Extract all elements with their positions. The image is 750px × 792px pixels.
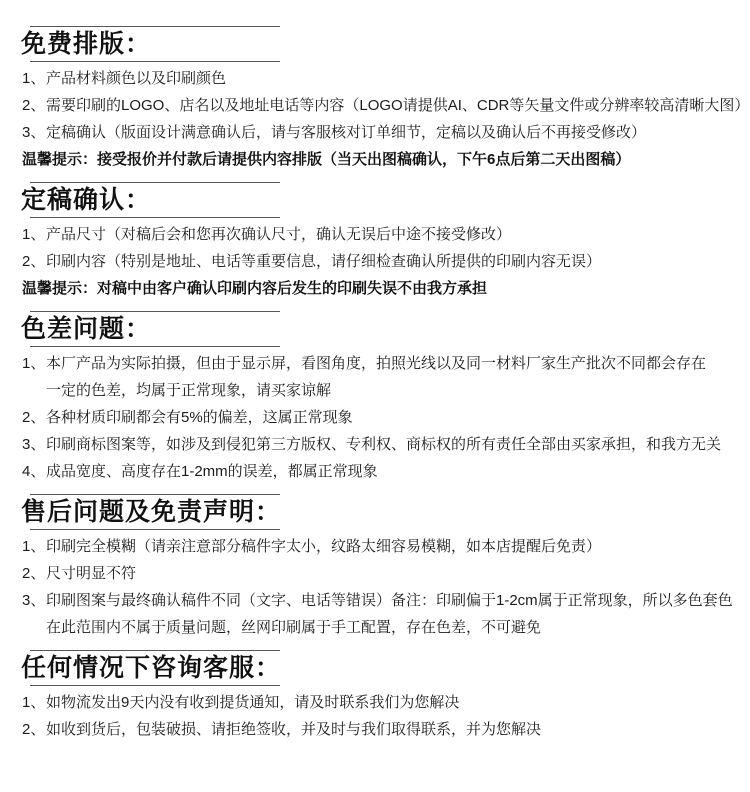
item-text: 产品材料颜色以及印刷颜色 [46, 70, 226, 87]
list-item: 3、 印刷商标图案等，如涉及到侵犯第三方版权、专利权、商标权的所有责任全部由买家… [0, 431, 750, 458]
list-item: 2、 如收到货后，包装破损、请拒绝签收，并及时与我们取得联系，并为您解决 [0, 716, 750, 743]
heading-bottom-rule [30, 685, 280, 686]
list-item: 4、 成品宽度、高度存在1-2mm的误差，都属正常现象 [0, 458, 750, 485]
section-color-difference: 色差问题： 1、 本厂产品为实际拍摄，但由于显示屏，看图角度，拍照光线以及同一材… [0, 311, 750, 485]
heading-bottom-rule [30, 346, 280, 347]
section-title: 免费排版： [0, 27, 750, 61]
item-text: 本厂产品为实际拍摄，但由于显示屏，看图角度，拍照光线以及同一材料厂家生产批次不同… [46, 355, 706, 372]
section-title: 定稿确认： [0, 183, 750, 217]
item-text: 成品宽度、高度存在1-2mm的误差，都属正常现象 [46, 463, 378, 480]
section-contact-customer-service: 任何情况下咨询客服： 1、 如物流发出9天内没有收到提货通知，请及时联系我们为您… [0, 650, 750, 743]
list-item: 3、 印刷图案与最终确认稿件不同（文字、电话等错误）备注：印刷偏于1-2cm属于… [0, 587, 750, 641]
item-number: 1、 [22, 65, 45, 92]
item-text: 尺寸明显不符 [46, 565, 136, 582]
item-list: 1、 印刷完全模糊（请亲注意部分稿件字太小，纹路太细容易模糊，如本店提醒后免责）… [0, 533, 750, 641]
heading-bottom-rule [30, 61, 280, 62]
item-text: 印刷内容（特别是地址、电话等重要信息，请仔细检查确认所提供的印刷内容无误） [46, 253, 601, 270]
item-list: 1、 产品材料颜色以及印刷颜色 2、 需要印刷的LOGO、店名以及地址电话等内容… [0, 65, 750, 146]
item-number: 2、 [22, 92, 45, 119]
section-title: 任何情况下咨询客服： [0, 651, 750, 685]
list-item: 3、 定稿确认（版面设计满意确认后，请与客服核对订单细节，定稿以及确认后不再接受… [0, 119, 750, 146]
list-item: 2、 尺寸明显不符 [0, 560, 750, 587]
list-item: 1、 产品尺寸（对稿后会和您再次确认尺寸，确认无误后中途不接受修改） [0, 221, 750, 248]
item-list: 1、 本厂产品为实际拍摄，但由于显示屏，看图角度，拍照光线以及同一材料厂家生产批… [0, 350, 750, 485]
item-text: 各种材质印刷都会有5%的偏差，这属正常现象 [46, 409, 353, 426]
item-list: 1、 如物流发出9天内没有收到提货通知，请及时联系我们为您解决 2、 如收到货后… [0, 689, 750, 743]
item-number: 4、 [22, 458, 45, 485]
item-number: 3、 [22, 431, 45, 458]
list-item: 1、 产品材料颜色以及印刷颜色 [0, 65, 750, 92]
item-text: 需要印刷的LOGO、店名以及地址电话等内容（LOGO请提供AI、CDR等矢量文件… [46, 97, 749, 114]
item-text: 如物流发出9天内没有收到提货通知，请及时联系我们为您解决 [46, 694, 459, 711]
tip-note: 温馨提示：接受报价并付款后请提供内容排版（当天出图稿确认，下午6点后第二天出图稿… [0, 146, 750, 173]
section-after-sales-disclaimer: 售后问题及免责声明： 1、 印刷完全模糊（请亲注意部分稿件字太小，纹路太细容易模… [0, 494, 750, 641]
item-number: 1、 [22, 221, 45, 248]
list-item: 2、 各种材质印刷都会有5%的偏差，这属正常现象 [0, 404, 750, 431]
item-number: 1、 [22, 350, 45, 377]
service-notice-page: 免费排版： 1、 产品材料颜色以及印刷颜色 2、 需要印刷的LOGO、店名以及地… [0, 0, 750, 743]
section-title: 售后问题及免责声明： [0, 495, 750, 529]
item-text: 定稿确认（版面设计满意确认后，请与客服核对订单细节，定稿以及确认后不再接受修改） [46, 124, 646, 141]
item-text: 如收到货后，包装破损、请拒绝签收，并及时与我们取得联系，并为您解决 [46, 721, 541, 738]
heading-bottom-rule [30, 529, 280, 530]
item-text: 印刷商标图案等，如涉及到侵犯第三方版权、专利权、商标权的所有责任全部由买家承担，… [46, 436, 721, 453]
item-text: 印刷完全模糊（请亲注意部分稿件字太小，纹路太细容易模糊，如本店提醒后免责） [46, 538, 601, 555]
heading-bottom-rule [30, 217, 280, 218]
item-number: 2、 [22, 716, 45, 743]
list-item: 1、 如物流发出9天内没有收到提货通知，请及时联系我们为您解决 [0, 689, 750, 716]
item-number: 1、 [22, 689, 45, 716]
item-text: 印刷图案与最终确认稿件不同（文字、电话等错误）备注：印刷偏于1-2cm属于正常现… [46, 592, 733, 609]
item-number: 2、 [22, 404, 45, 431]
item-text: 产品尺寸（对稿后会和您再次确认尺寸，确认无误后中途不接受修改） [46, 226, 511, 243]
item-number: 1、 [22, 533, 45, 560]
list-item: 1、 本厂产品为实际拍摄，但由于显示屏，看图角度，拍照光线以及同一材料厂家生产批… [0, 350, 750, 404]
item-number: 3、 [22, 587, 45, 614]
list-item: 2、 需要印刷的LOGO、店名以及地址电话等内容（LOGO请提供AI、CDR等矢… [0, 92, 750, 119]
tip-note: 温馨提示：对稿中由客户确认印刷内容后发生的印刷失误不由我方承担 [0, 275, 750, 302]
item-number: 2、 [22, 248, 45, 275]
item-text-wrap: 一定的色差，均属于正常现象，请买家谅解 [46, 377, 750, 404]
item-number: 3、 [22, 119, 45, 146]
list-item: 1、 印刷完全模糊（请亲注意部分稿件字太小，纹路太细容易模糊，如本店提醒后免责） [0, 533, 750, 560]
section-title: 色差问题： [0, 312, 750, 346]
list-item: 2、 印刷内容（特别是地址、电话等重要信息，请仔细检查确认所提供的印刷内容无误） [0, 248, 750, 275]
section-free-typesetting: 免费排版： 1、 产品材料颜色以及印刷颜色 2、 需要印刷的LOGO、店名以及地… [0, 26, 750, 173]
item-text-wrap: 在此范围内不属于质量问题，丝网印刷属于手工配置，存在色差，不可避免 [46, 614, 750, 641]
item-number: 2、 [22, 560, 45, 587]
section-final-draft-confirmation: 定稿确认： 1、 产品尺寸（对稿后会和您再次确认尺寸，确认无误后中途不接受修改）… [0, 182, 750, 302]
item-list: 1、 产品尺寸（对稿后会和您再次确认尺寸，确认无误后中途不接受修改） 2、 印刷… [0, 221, 750, 275]
